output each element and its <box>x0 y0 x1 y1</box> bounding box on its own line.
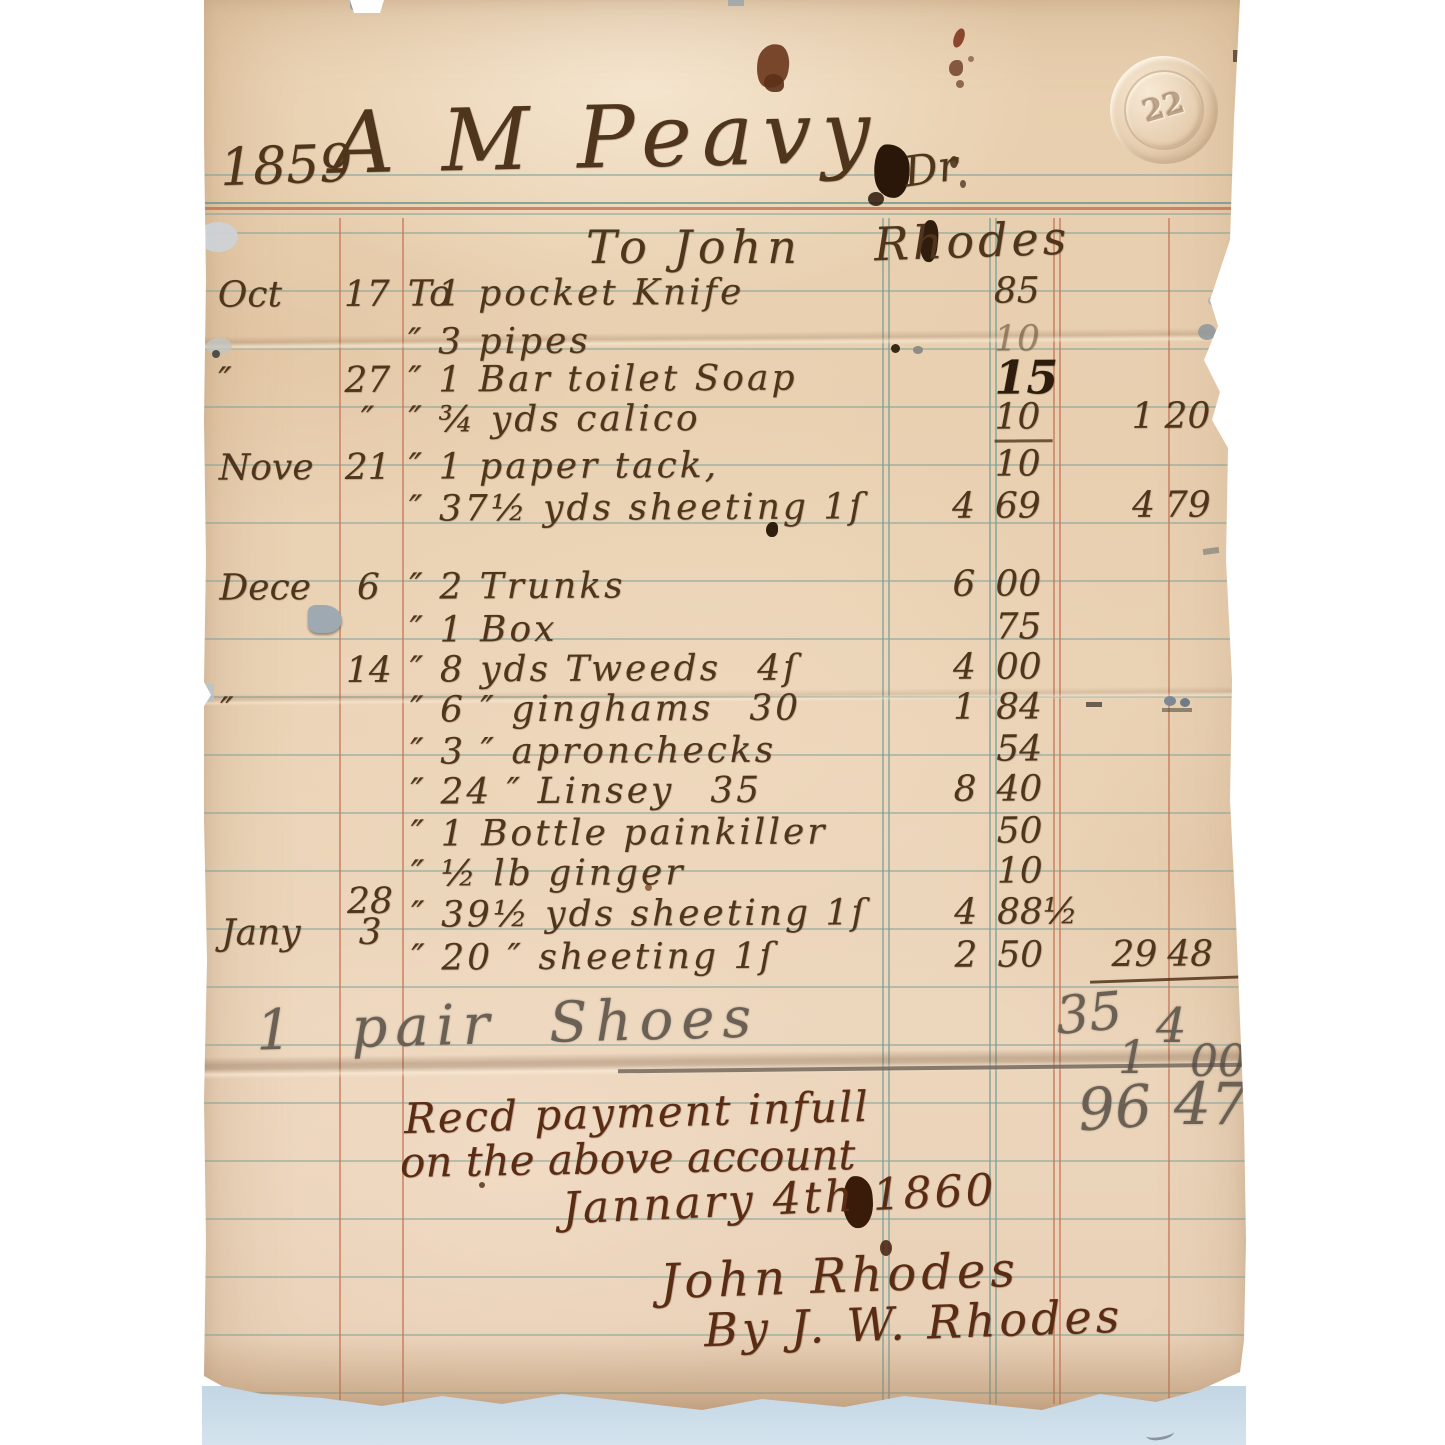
carry-subtotal-cents: 4 <box>1156 998 1187 1054</box>
entry-cents: 50 <box>997 934 1043 975</box>
ledger-row: Nove21″1 paper tack,10 <box>203 442 1245 447</box>
ledger-row: Jany3″20 ″ sheeting 1ſ2502948 <box>205 933 1247 938</box>
entry-total-cents: 48 <box>1167 933 1213 974</box>
entry-day: 3 <box>339 912 401 953</box>
entry-description: 6 ″ ginghams30 <box>440 688 801 731</box>
grand-total-dollars: 96 <box>1076 1072 1154 1145</box>
ledger-row: 28″39½ yds sheeting 1ſ488½ <box>205 890 1247 895</box>
entry-cents: 10 <box>997 850 1043 891</box>
entry-description: 37½ yds sheeting 1ſ <box>439 486 866 529</box>
entry-unit-price: 4ſ <box>721 648 799 689</box>
entry-cents: 84 <box>996 686 1042 727</box>
entry-description: ½ lb ginger <box>441 852 686 894</box>
entry-month: Oct <box>218 274 282 315</box>
entry-description: ¾ yds calico <box>438 398 700 440</box>
entry-ditto: ″ <box>411 938 425 979</box>
entry-ditto: ″ <box>409 610 423 651</box>
entry-description: 39½ yds sheeting 1ſ <box>441 892 868 935</box>
entry-ditto: ″ <box>409 447 423 488</box>
entry-total-dollars: 1 <box>1082 396 1154 437</box>
entry-dollars: 4 <box>909 892 977 933</box>
entry-ditto: ″ <box>408 400 422 441</box>
entry-cents: 00 <box>996 646 1042 687</box>
entry-description: 1 paper tack, <box>439 445 719 487</box>
carry-subtotal-dollars: 35 <box>1054 981 1125 1047</box>
entry-total-cents: 79 <box>1165 484 1211 525</box>
entry-month: ″ <box>218 361 232 402</box>
entry-day: ″ <box>336 400 398 441</box>
ledger-row: Oct17To1 pocket Knife85 <box>202 269 1244 274</box>
entry-ditto: ″ <box>408 322 422 363</box>
entry-dollars: 4 <box>907 486 975 527</box>
entry-unit-price: 30 <box>713 688 801 729</box>
photo-backdrop: 22 1859 <box>0 0 1445 1445</box>
ledger-row: Dece6″2 Trunks600 <box>203 562 1245 567</box>
entry-ditto: ″ <box>409 489 423 530</box>
entry-unit-price: 35 <box>674 770 762 811</box>
entry-day: 6 <box>337 567 399 608</box>
entry-cents: 50 <box>997 810 1043 851</box>
entry-cents: 75 <box>995 606 1041 647</box>
entry-cents: 10 <box>994 396 1052 442</box>
ledger-row: ″27″1 Bar toilet Soap15 <box>202 355 1244 360</box>
entry-description: 3 ″ apronchecks <box>440 730 776 773</box>
entry-total-dollars: 29 <box>1085 934 1157 975</box>
entry-cents: 69 <box>995 485 1041 526</box>
entry-dollars: 8 <box>908 769 976 810</box>
entry-day: 14 <box>338 650 400 691</box>
ledger-row: 14″8 yds Tweeds4ſ400 <box>204 645 1246 650</box>
entry-description: 2 Trunks <box>439 566 625 608</box>
ledger-row: ″3 pipes10 <box>202 317 1244 322</box>
ledger-sheet: 22 1859 <box>204 0 1246 1412</box>
punch-hole-shadow <box>350 0 380 13</box>
shoes-entry: 1 pair Shoes <box>255 985 760 1063</box>
entry-ditto: ″ <box>410 650 424 691</box>
entry-month: Jany <box>221 912 301 953</box>
entry-day: 21 <box>337 447 399 488</box>
entry-description: 3 pipes <box>438 321 591 363</box>
entry-ditto: ″ <box>410 690 424 731</box>
entry-day: 17 <box>336 274 398 315</box>
entry-month: ″ <box>220 691 234 732</box>
entry-ditto: ″ <box>410 772 424 813</box>
entry-cents: 10 <box>995 443 1041 484</box>
entry-dollars: 6 <box>907 564 975 605</box>
entry-dollars: 4 <box>908 647 976 688</box>
entry-description: 24 ″ Linsey35 <box>440 770 762 813</box>
entry-description: 1 Box <box>439 609 557 651</box>
entry-cents: 88½ <box>997 891 1078 932</box>
grand-total-cents: 47 <box>1174 1070 1248 1138</box>
entry-total-dollars: 4 <box>1083 485 1155 526</box>
entry-ditto: ″ <box>410 732 424 773</box>
entry-ditto: ″ <box>408 360 422 401</box>
entry-cents: 40 <box>996 768 1042 809</box>
entry-description: 1 Bottle painkiller <box>441 811 828 854</box>
entry-description: 1 pocket Knife <box>438 272 745 315</box>
entry-dollars: 1 <box>908 687 976 728</box>
entry-total-cents: 20 <box>1164 395 1210 436</box>
entry-ditto: ″ <box>409 567 423 608</box>
entry-dollars: 2 <box>909 935 977 976</box>
entry-cents: 00 <box>995 563 1041 604</box>
entry-cents: 85 <box>994 270 1040 311</box>
entry-ditto: ″ <box>411 895 425 936</box>
entry-description: 8 yds Tweeds4ſ <box>440 648 800 691</box>
entry-description: 1 Bar toilet Soap <box>438 358 797 401</box>
entry-ditto: ″ <box>411 814 425 855</box>
entry-cents: 54 <box>996 728 1042 769</box>
entry-month: Dece <box>219 567 311 608</box>
entry-description: 20 ″ sheeting 1ſ <box>441 936 776 979</box>
entry-ditto: ″ <box>411 854 425 895</box>
entry-day: 27 <box>336 360 398 401</box>
entry-month: Nove <box>219 447 314 488</box>
